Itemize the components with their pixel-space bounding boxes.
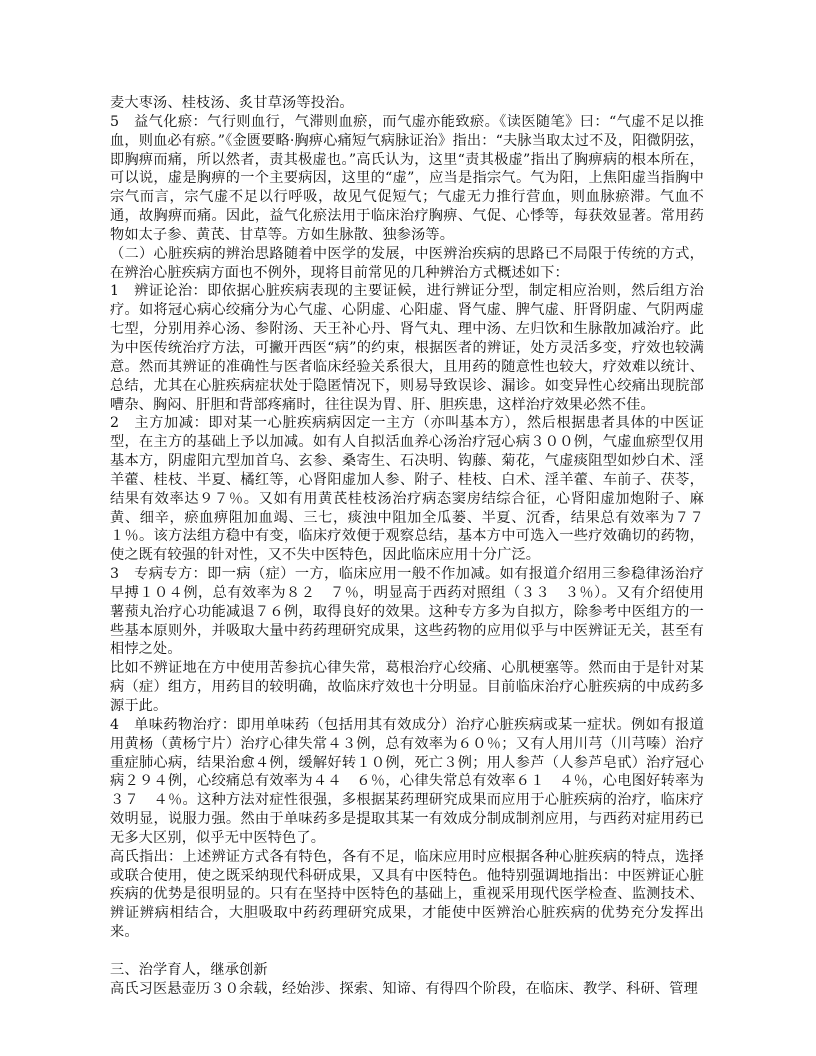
paragraph-zhufang-jiajian: 2 主方加减：即对某一心脏疾病病因定一主方（亦叫基本方），然后根据患者具体的中医… xyxy=(110,414,704,565)
paragraph-bianzhi-silu: （二）心脏疾病的辨治思路随着中医学的发展，中医辨治疾病的思路已不局限于传统的方式… xyxy=(110,245,704,283)
document-page: 麦大枣汤、桂枝汤、炙甘草汤等投治。 5 益气化瘀：气行则血行，气滞则血瘀，而气虚… xyxy=(110,94,704,999)
paragraph-danwei-yaowu: 4 单味药物治疗：即用单味药（包括用其有效成分）治疗心脏疾病或某一症状。例如有报… xyxy=(110,716,704,848)
paragraph-yiqi-huayu: 5 益气化瘀：气行则血行，气滞则血瘀，而气虚亦能致瘀。《读医随笔》曰：“气虚不足… xyxy=(110,113,704,245)
paragraph-gao-summary: 高氏指出：上述辨证方式各有特色，各有不足，临床应用时应根据各种心脏疾病的特点，选… xyxy=(110,848,704,942)
spacer xyxy=(110,942,704,961)
paragraph-continuation: 麦大枣汤、桂枝汤、炙甘草汤等投治。 xyxy=(110,94,704,113)
paragraph-zhuanbing-zhuanfang: 3 专病专方：即一病（症）一方，临床应用一般不作加减。如有报道介绍用三参稳律汤治… xyxy=(110,565,704,659)
paragraph-bianzheng-example: 比如不辨证地在方中使用苦参抗心律失常，葛根治疗心绞痛、心肌梗塞等。然而由于是针对… xyxy=(110,659,704,716)
section-paragraph: 高氏习医悬壶历３０余载，经始涉、探索、知谛、有得四个阶段，在临床、教学、科研、管… xyxy=(110,980,704,999)
paragraph-bianzheng-lunzhi: 1 辨证论治：即依据心脏疾病表现的主要证候，进行辨证分型，制定相应治则，然后组方… xyxy=(110,282,704,414)
section-title: 三、治学育人，继承创新 xyxy=(110,961,704,980)
